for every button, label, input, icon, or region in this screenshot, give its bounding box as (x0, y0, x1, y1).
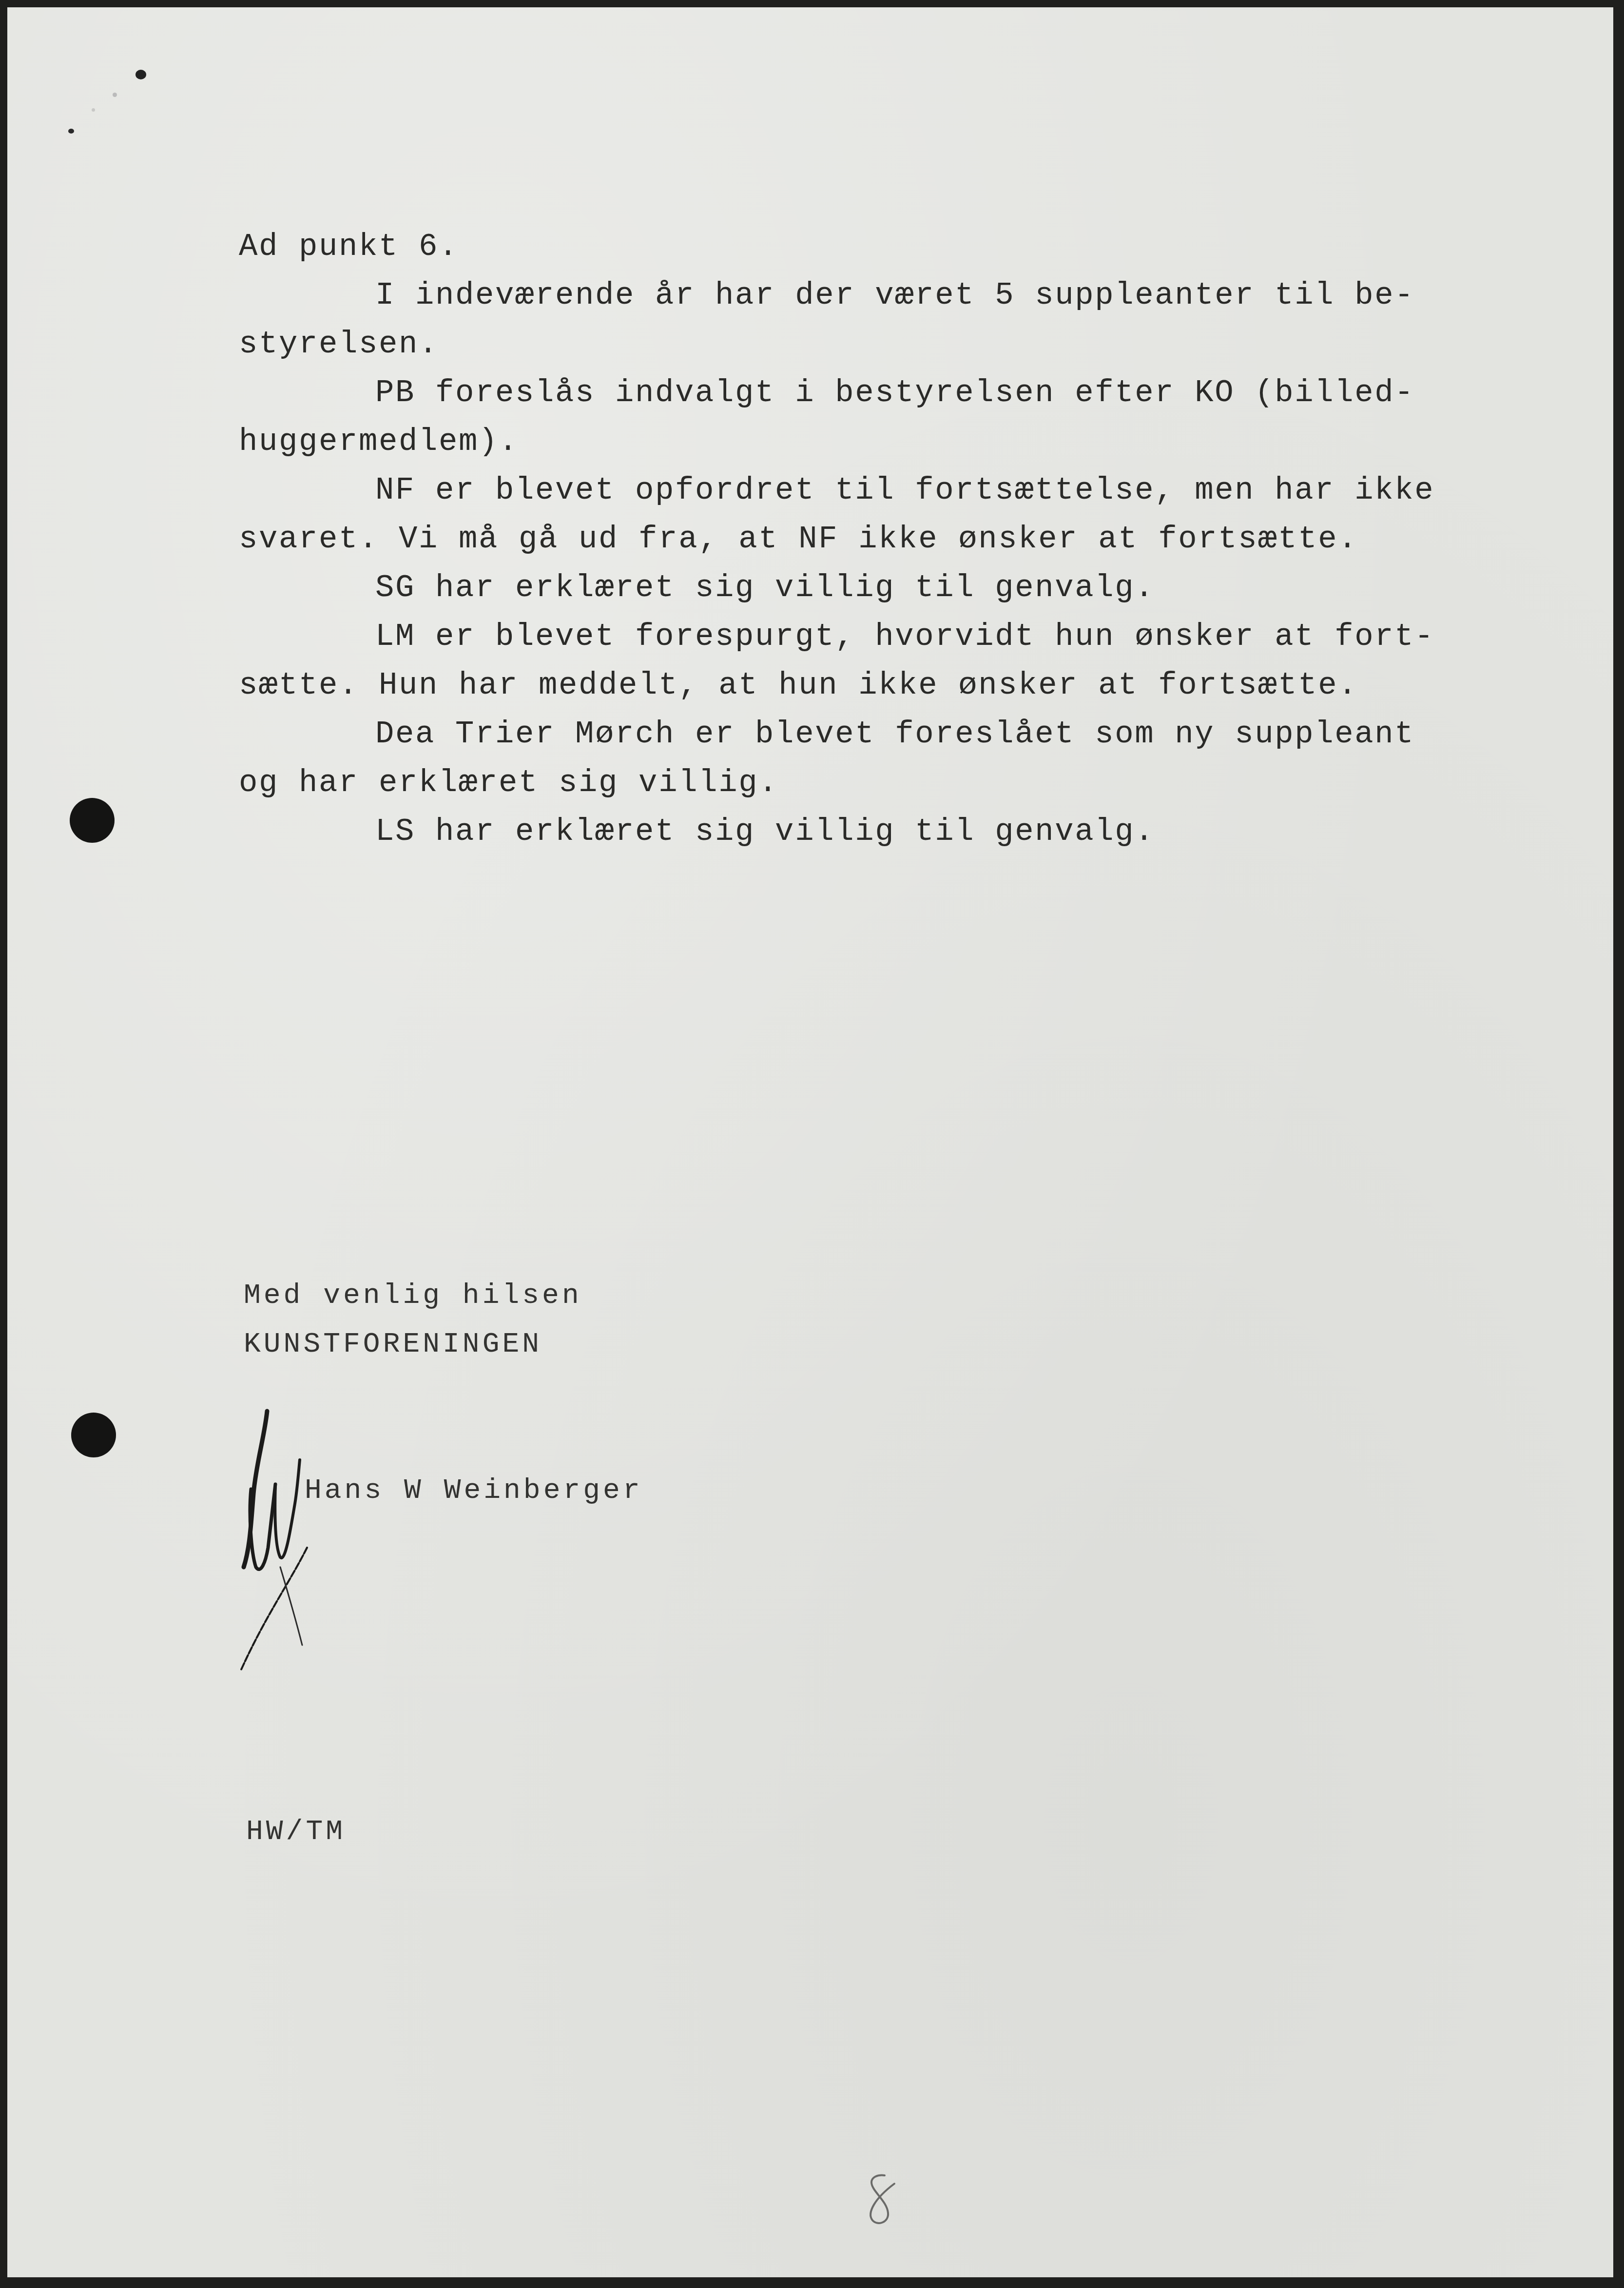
paragraph-7-line-1: LS har erklæret sig villig til genvalg. (375, 816, 1155, 848)
closing-organization: KUNSTFORENINGEN (244, 1331, 542, 1359)
paragraph-6-line-2: og har erklæret sig villig. (239, 768, 778, 799)
ink-speck (135, 70, 146, 79)
handwritten-signature (222, 1406, 329, 1679)
ink-speck (113, 93, 117, 97)
punch-hole-upper (70, 798, 115, 843)
signatory-name: Hans W Weinberger (305, 1477, 643, 1505)
ink-speck (68, 129, 74, 134)
ink-speck (92, 108, 95, 112)
paragraph-4-line-1: SG har erklæret sig villig til genvalg. (375, 573, 1155, 604)
paragraph-1-line-1: I indeværende år har der været 5 supplea… (375, 280, 1414, 311)
paragraph-3-line-1: NF er blevet opfordret til fortsættelse,… (375, 475, 1434, 506)
reference-initials: HW/TM (246, 1818, 346, 1846)
paragraph-5-line-1: LM er blevet forespurgt, hvorvidt hun øn… (375, 621, 1434, 653)
handwritten-page-number (858, 2172, 897, 2230)
paragraph-6-line-1: Dea Trier Mørch er blevet foreslået som … (375, 719, 1414, 750)
paragraph-5-line-2: sætte. Hun har meddelt, at hun ikke ønsk… (239, 670, 1358, 701)
paragraph-3-line-2: svaret. Vi må gå ud fra, at NF ikke ønsk… (239, 524, 1358, 555)
section-heading: Ad punkt 6. (239, 232, 459, 263)
paragraph-1-line-2: styrelsen. (239, 329, 439, 360)
paragraph-2-line-1: PB foreslås indvalgt i bestyrelsen efter… (375, 378, 1414, 409)
closing-salutation: Med venlig hilsen (244, 1282, 582, 1310)
paragraph-2-line-2: huggermedlem). (239, 427, 519, 458)
paper-sheet: Ad punkt 6. I indeværende år har der vær… (7, 7, 1613, 2277)
punch-hole-lower (71, 1413, 116, 1457)
